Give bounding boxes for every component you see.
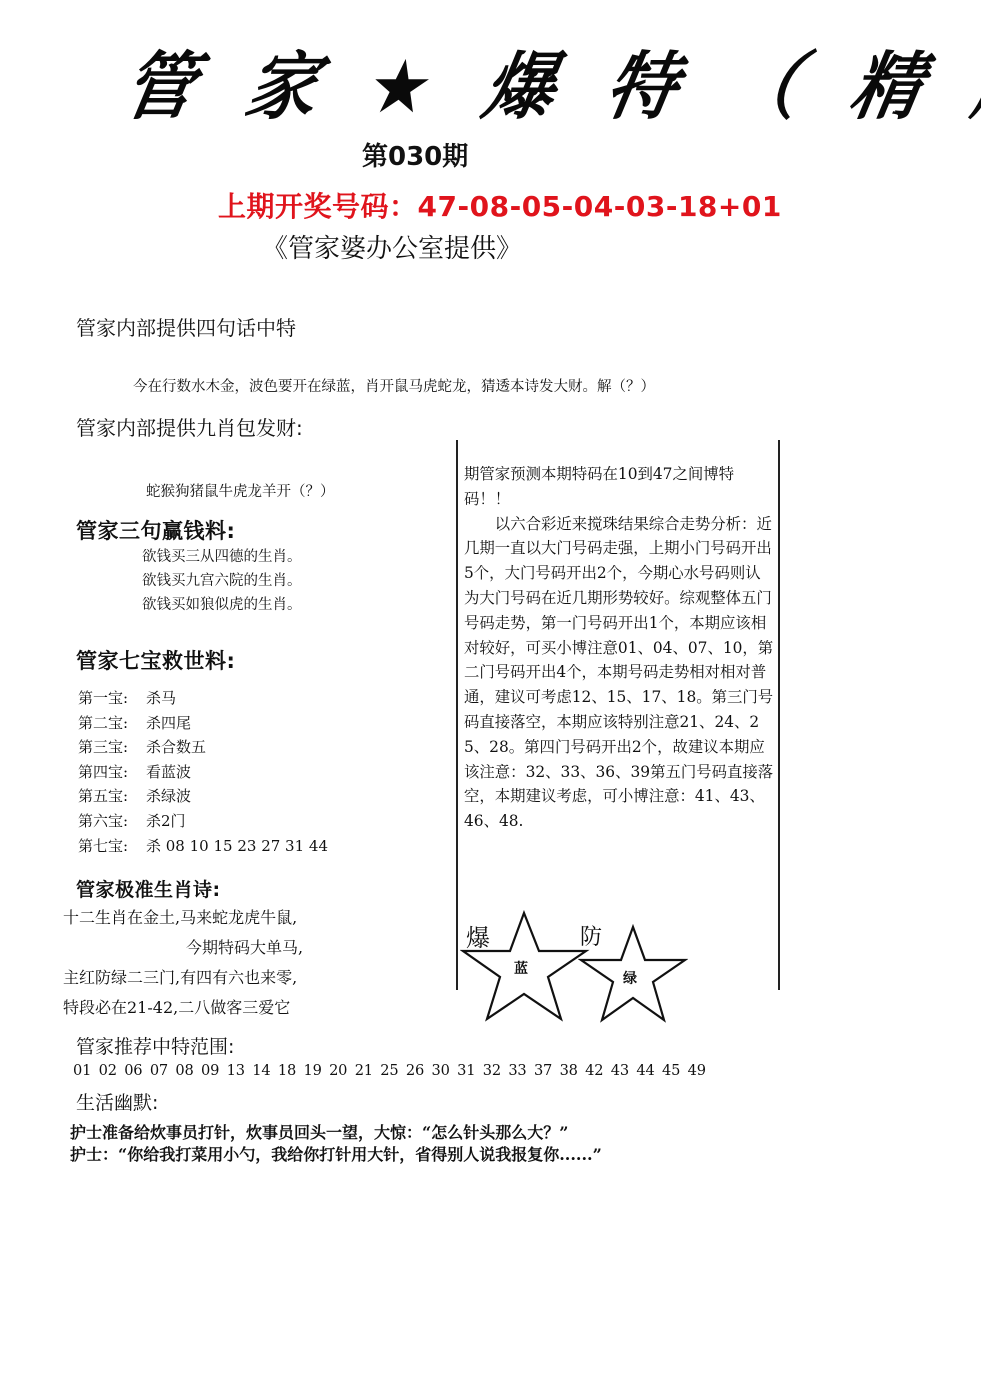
list-item: 第六宝:杀2门: [78, 809, 328, 834]
treasure-label: 第三宝:: [78, 735, 138, 760]
poem-line: 今期特码大单马,: [63, 933, 303, 963]
section-title-three-sentences: 管家三句赢钱料:: [76, 515, 235, 545]
treasure-label: 第二宝:: [78, 711, 138, 736]
treasure-value: 杀马: [146, 686, 176, 711]
section-title-four-sentences: 管家内部提供四句话中特: [76, 312, 296, 341]
treasure-value: 杀合数五: [146, 735, 206, 760]
section-title-humor: 生活幽默:: [76, 1088, 158, 1115]
star-icon: ★: [362, 44, 454, 130]
humor-text: 护士准备给炊事员打针，炊事员回头一望，大惊：“怎么针头那么大？” 护士：“你给我…: [70, 1122, 602, 1166]
treasure-value: 杀2门: [146, 809, 186, 834]
four-sentences-text: 今在行数水木金，波色要开在绿蓝，肖开鼠马虎蛇龙，猜透本诗发大财。解（？）: [133, 375, 655, 396]
poem-line: 主红防绿二三门,有四有六也来零,: [63, 963, 303, 993]
title-part2: 爆 特 （ 精 版 ）: [477, 44, 981, 130]
last-draw-label: 上期开奖号码：: [218, 190, 418, 223]
list-item: 欲钱买如狼似虎的生肖。: [142, 593, 302, 617]
list-item: 欲钱买三从四德的生肖。: [142, 545, 302, 569]
nine-zodiacs-text: 蛇猴狗猪鼠牛虎龙羊开（？）: [146, 480, 335, 501]
poem-line: 特段必在21-42,二八做客三爱它: [63, 993, 303, 1023]
treasure-value: 杀四尾: [146, 711, 191, 736]
last-draw-result: 上期开奖号码：47-08-05-04-03-18+01: [218, 185, 782, 225]
fang-star-text: 绿: [623, 968, 637, 988]
treasure-label: 第七宝:: [78, 834, 138, 859]
last-draw-numbers: 47-08-05-04-03-18+01: [418, 190, 782, 223]
analysis-paragraph: 以六合彩近来搅珠结果综合走势分析：近几期一直以大门号码走强，上期小门号码开出5个…: [464, 512, 774, 834]
bao-star-text: 蓝: [514, 958, 528, 978]
three-sentences-list: 欲钱买三从四德的生肖。 欲钱买九宫六院的生肖。 欲钱买如狼似虎的生肖。: [142, 545, 302, 617]
poem-line: 十二生肖在金土,马来蛇龙虎牛鼠,: [63, 903, 303, 933]
humor-line: 护士准备给炊事员打针，炊事员回头一望，大惊：“怎么针头那么大？”: [70, 1122, 602, 1144]
title-part1: 管 家: [117, 44, 339, 130]
seven-treasures-list: 第一宝:杀马 第二宝:杀四尾 第三宝:杀合数五 第四宝:看蓝波 第五宝:杀绿波 …: [78, 686, 328, 858]
list-item: 第三宝:杀合数五: [78, 735, 328, 760]
treasure-label: 第六宝:: [78, 809, 138, 834]
list-item: 欲钱买九宫六院的生肖。: [142, 569, 302, 593]
treasure-value: 杀 08 10 15 23 27 31 44: [146, 834, 328, 859]
list-item: 第一宝:杀马: [78, 686, 328, 711]
list-item: 第二宝:杀四尾: [78, 711, 328, 736]
list-item: 第七宝:杀 08 10 15 23 27 31 44: [78, 834, 328, 859]
analysis-paragraph: 期管家预测本期特码在10到47之间博特码！！: [464, 462, 774, 512]
section-title-zodiac-poem: 管家极准生肖诗:: [76, 875, 221, 902]
humor-line: 护士：“你给我打菜用小勺，我给你打针用大针，省得别人说我报复你......”: [70, 1144, 602, 1166]
treasure-value: 杀绿波: [146, 784, 191, 809]
list-item: 第五宝:杀绿波: [78, 784, 328, 809]
analysis-box-text: 期管家预测本期特码在10到47之间博特码！！ 以六合彩近来搅珠结果综合走势分析：…: [464, 462, 774, 834]
issue-number: 第030期: [362, 136, 468, 173]
treasure-label: 第四宝:: [78, 760, 138, 785]
section-title-recommended-range: 管家推荐中特范围:: [76, 1032, 234, 1059]
list-item: 第四宝:看蓝波: [78, 760, 328, 785]
zodiac-poem: 十二生肖在金土,马来蛇龙虎牛鼠, 今期特码大单马, 主红防绿二三门,有四有六也来…: [63, 903, 303, 1023]
treasure-label: 第五宝:: [78, 784, 138, 809]
treasure-label: 第一宝:: [78, 686, 138, 711]
recommended-numbers: 01 02 06 07 08 09 13 14 18 19 20 21 25 2…: [73, 1062, 706, 1079]
section-title-nine-zodiacs: 管家内部提供九肖包发财:: [76, 412, 303, 441]
section-title-seven-treasures: 管家七宝救世料:: [76, 645, 235, 675]
provider-credit: 《管家婆办公室提供》: [262, 228, 522, 265]
treasure-value: 看蓝波: [146, 760, 191, 785]
page-title: 管 家 ★ 爆 特 （ 精 版 ）: [116, 28, 981, 134]
